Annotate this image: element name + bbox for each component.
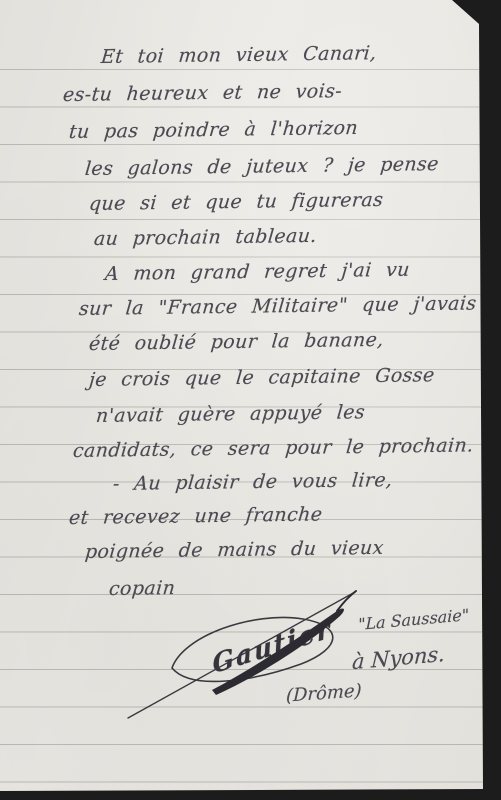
letter-line: et recevez une franche	[68, 503, 323, 529]
letter-line: n'avait guère appuyé les	[95, 401, 366, 427]
letter-line: tu pas poindre à l'horizon	[68, 117, 359, 143]
letter-line: poignée de mains du vieux	[84, 537, 385, 563]
letter-line: copain	[108, 577, 176, 600]
photo-of-letter: Et toi mon vieux Canari, es-tu heureux e…	[0, 0, 501, 800]
letter-line: es-tu heureux et ne vois-	[62, 80, 343, 106]
letter-line: Et toi mon vieux Canari,	[100, 42, 378, 68]
letter-line: que si et que tu figureras	[88, 189, 384, 215]
letter-line: - Au plaisir de vous lire,	[112, 469, 393, 495]
letter-line: au prochain tableau.	[93, 225, 318, 250]
letter-line: A mon grand regret j'ai vu	[104, 259, 411, 285]
letter-line: été oublié pour la banane,	[88, 329, 385, 355]
